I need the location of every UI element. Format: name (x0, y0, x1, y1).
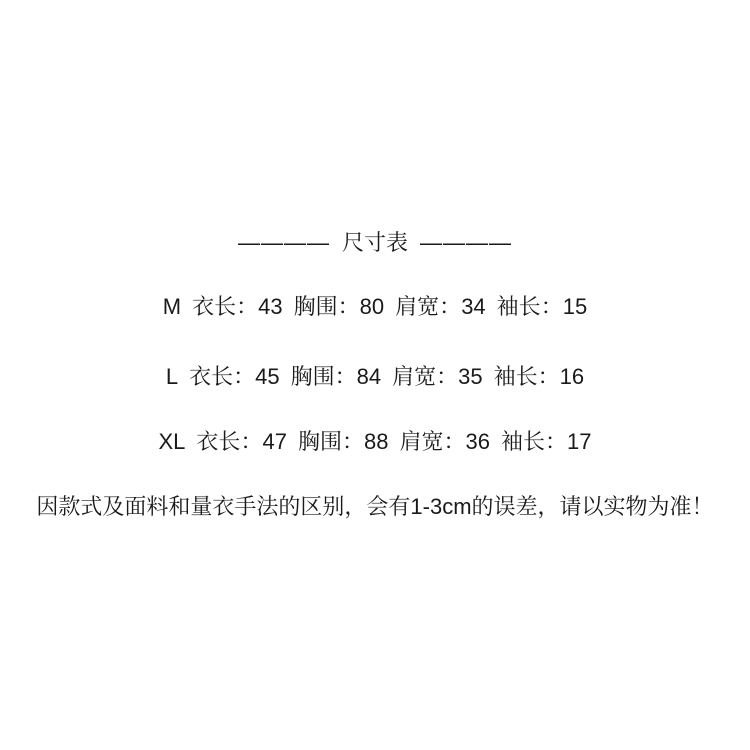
size-row-m: M 衣长：43 胸围：80 肩宽：34 袖长：15 (0, 296, 750, 325)
measurement-label: 袖长 (497, 294, 541, 319)
size-label: L (166, 366, 178, 388)
measurement-colon: ： (436, 364, 458, 389)
measurement-shoulder: 肩宽：36 (399, 431, 490, 453)
measurement-sleeve: 袖长：17 (501, 431, 592, 453)
measurement-shoulder: 肩宽：34 (395, 296, 486, 318)
measurement-label: 肩宽 (392, 364, 436, 389)
size-chart: ———— 尺寸表 ———— M 衣长：43 胸围：80 肩宽：34 袖长：15 … (0, 0, 750, 750)
measurement-value: 80 (360, 294, 384, 319)
measurement-label: 肩宽 (395, 294, 439, 319)
size-row-xl: XL 衣长：47 胸围：88 肩宽：36 袖长：17 (0, 431, 750, 460)
size-chart-title: ———— 尺寸表 ———— (0, 232, 750, 261)
measurement-label: 胸围 (294, 294, 338, 319)
measurement-colon: ： (439, 294, 461, 319)
size-row-l: L 衣长：45 胸围：84 肩宽：35 袖长：16 (0, 366, 750, 395)
size-label: XL (159, 431, 186, 453)
measurement-bust: 胸围：80 (294, 296, 385, 318)
measurement-colon: ： (541, 294, 563, 319)
measurement-length: 衣长：45 (189, 366, 280, 388)
measurement-value: 36 (465, 429, 489, 454)
measurement-colon: ： (538, 364, 560, 389)
title-left-dashes: ———— (238, 230, 330, 255)
measurement-colon: ： (240, 429, 262, 454)
measurement-label: 袖长 (494, 364, 538, 389)
measurement-colon: ： (335, 364, 357, 389)
measurement-label: 衣长 (192, 294, 236, 319)
measurement-value: 17 (567, 429, 591, 454)
measurement-colon: ： (338, 294, 360, 319)
measurement-colon: ： (443, 429, 465, 454)
measurement-sleeve: 袖长：16 (494, 366, 585, 388)
measurement-label: 袖长 (501, 429, 545, 454)
measurement-label: 胸围 (291, 364, 335, 389)
measurement-value: 15 (563, 294, 587, 319)
measurement-value: 84 (357, 364, 381, 389)
disclaimer-note: 因款式及面料和量衣手法的区别，会有1-3cm的误差，请以实物为准！ (0, 496, 750, 525)
title-text: 尺寸表 (342, 230, 408, 255)
measurement-length: 衣长：43 (192, 296, 283, 318)
measurement-colon: ： (342, 429, 364, 454)
measurement-colon: ： (233, 364, 255, 389)
measurement-label: 肩宽 (399, 429, 443, 454)
measurement-value: 47 (262, 429, 286, 454)
size-label: M (163, 296, 181, 318)
measurement-value: 43 (258, 294, 282, 319)
measurement-colon: ： (236, 294, 258, 319)
measurement-value: 45 (255, 364, 279, 389)
measurement-colon: ： (545, 429, 567, 454)
measurement-bust: 胸围：88 (298, 431, 389, 453)
measurement-label: 胸围 (298, 429, 342, 454)
measurement-label: 衣长 (189, 364, 233, 389)
measurement-value: 88 (364, 429, 388, 454)
measurement-bust: 胸围：84 (291, 366, 382, 388)
measurement-shoulder: 肩宽：35 (392, 366, 483, 388)
measurement-length: 衣长：47 (196, 431, 287, 453)
measurement-value: 34 (461, 294, 485, 319)
measurement-label: 衣长 (196, 429, 240, 454)
title-right-dashes: ———— (420, 230, 512, 255)
measurement-sleeve: 袖长：15 (497, 296, 588, 318)
disclaimer-text: 因款式及面料和量衣手法的区别，会有1-3cm的误差，请以实物为准！ (36, 494, 713, 519)
measurement-value: 16 (560, 364, 584, 389)
measurement-value: 35 (458, 364, 482, 389)
